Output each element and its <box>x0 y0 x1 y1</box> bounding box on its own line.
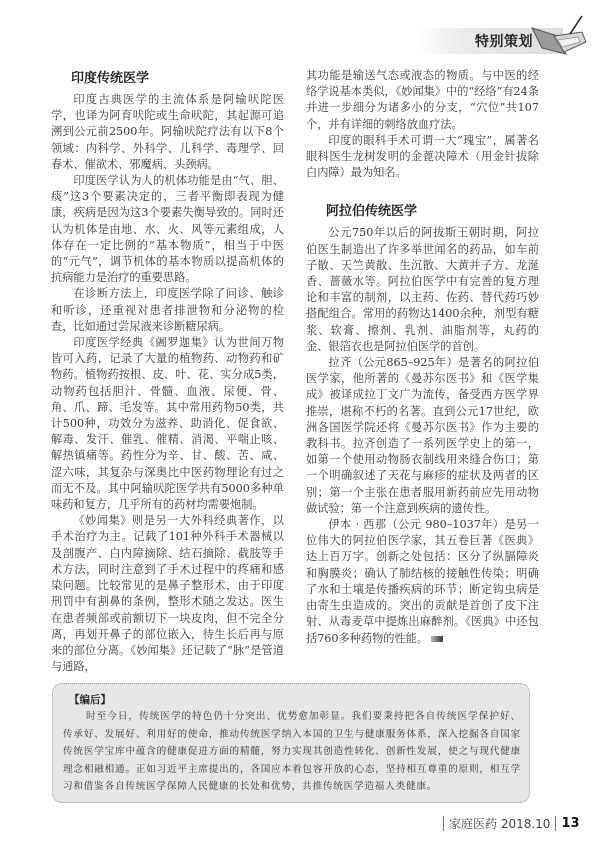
paragraph: 在诊断方法上，印度医学除了问诊、触诊和听诊，还重视对患者排泄物和分泌物的检查，比… <box>51 286 284 335</box>
magazine-issue: 家庭医药 2018.10 <box>449 815 550 832</box>
section-title-arabic-medicine: 阿拉伯传统医学 <box>326 203 539 221</box>
paragraph: 印度古典医学的主流体系是阿输吠陀医学，也译为阿育吠陀或生命吠陀，其起源可追溯到公… <box>51 92 284 173</box>
paragraph: 公元750年以后的阿拔斯王朝时期，阿拉伯医生制造出了许多举世闻名的药品，如车前子… <box>306 225 539 355</box>
footer-divider <box>555 816 556 831</box>
paragraph: 印度医学认为人的机体功能是由“气、胆、痰”这3个要素决定的，三者平衡即表现为健康… <box>51 173 284 286</box>
paragraph: 印度医学经典《阇罗迦集》认为世间万物皆可入药，记录了大量的植物药、动物药和矿物药… <box>51 335 284 513</box>
paragraph-continued: 其功能是输送气态或液态的物质。与中医的经络学说基本类似，《妙闻集》中的“经络”有… <box>306 68 539 133</box>
footer-divider <box>443 816 444 831</box>
left-column: 印度传统医学 印度古典医学的主流体系是阿输吠陀医学，也译为阿育吠陀或生命吠陀，其… <box>51 68 284 675</box>
editor-note-text: 时至今日，传统医学的特色仍十分突出、优势愈加彰显。我们要秉持把各自传统医学保护好… <box>63 708 521 796</box>
editor-note-title: 【编后】 <box>69 692 111 707</box>
editor-note-box: 【编后】 时至今日，传统医学的特色仍十分突出、优势愈加彰显。我们要秉持把各自传统… <box>52 683 530 803</box>
article-end-icon <box>431 636 443 642</box>
paragraph: 拉齐（公元865–925年）是著名的阿拉伯医学家，他所著的《曼苏尔医书》和《医学… <box>306 355 539 517</box>
page-footer: 家庭医药 2018.10 13 <box>438 815 580 832</box>
paragraph: 印度的眼科手术可谓一大“瑰宝”，属著名眼科医生龙树发明的金蓖决障术（用金针拔除白… <box>306 133 539 182</box>
page-number: 13 <box>561 816 579 831</box>
paragraph-text: 伊本 · 西那（公元 980–1037年）是另一位伟大的阿拉伯医学家，其五卷巨著… <box>306 518 539 644</box>
laptop-pen-icon <box>528 14 588 56</box>
paragraph-last: 伊本 · 西那（公元 980–1037年）是另一位伟大的阿拉伯医学家，其五卷巨著… <box>306 517 539 647</box>
paragraph: 《妙闻集》则是另一大外科经典著作，以手术治疗为主。记载了101种外科手术器械以及… <box>51 513 284 675</box>
section-label: 特别策划 <box>475 31 533 51</box>
section-title-indian-medicine: 印度传统医学 <box>71 70 284 88</box>
right-column: 其功能是输送气态或液态的物质。与中医的经络学说基本类似，《妙闻集》中的“经络”有… <box>306 68 539 647</box>
